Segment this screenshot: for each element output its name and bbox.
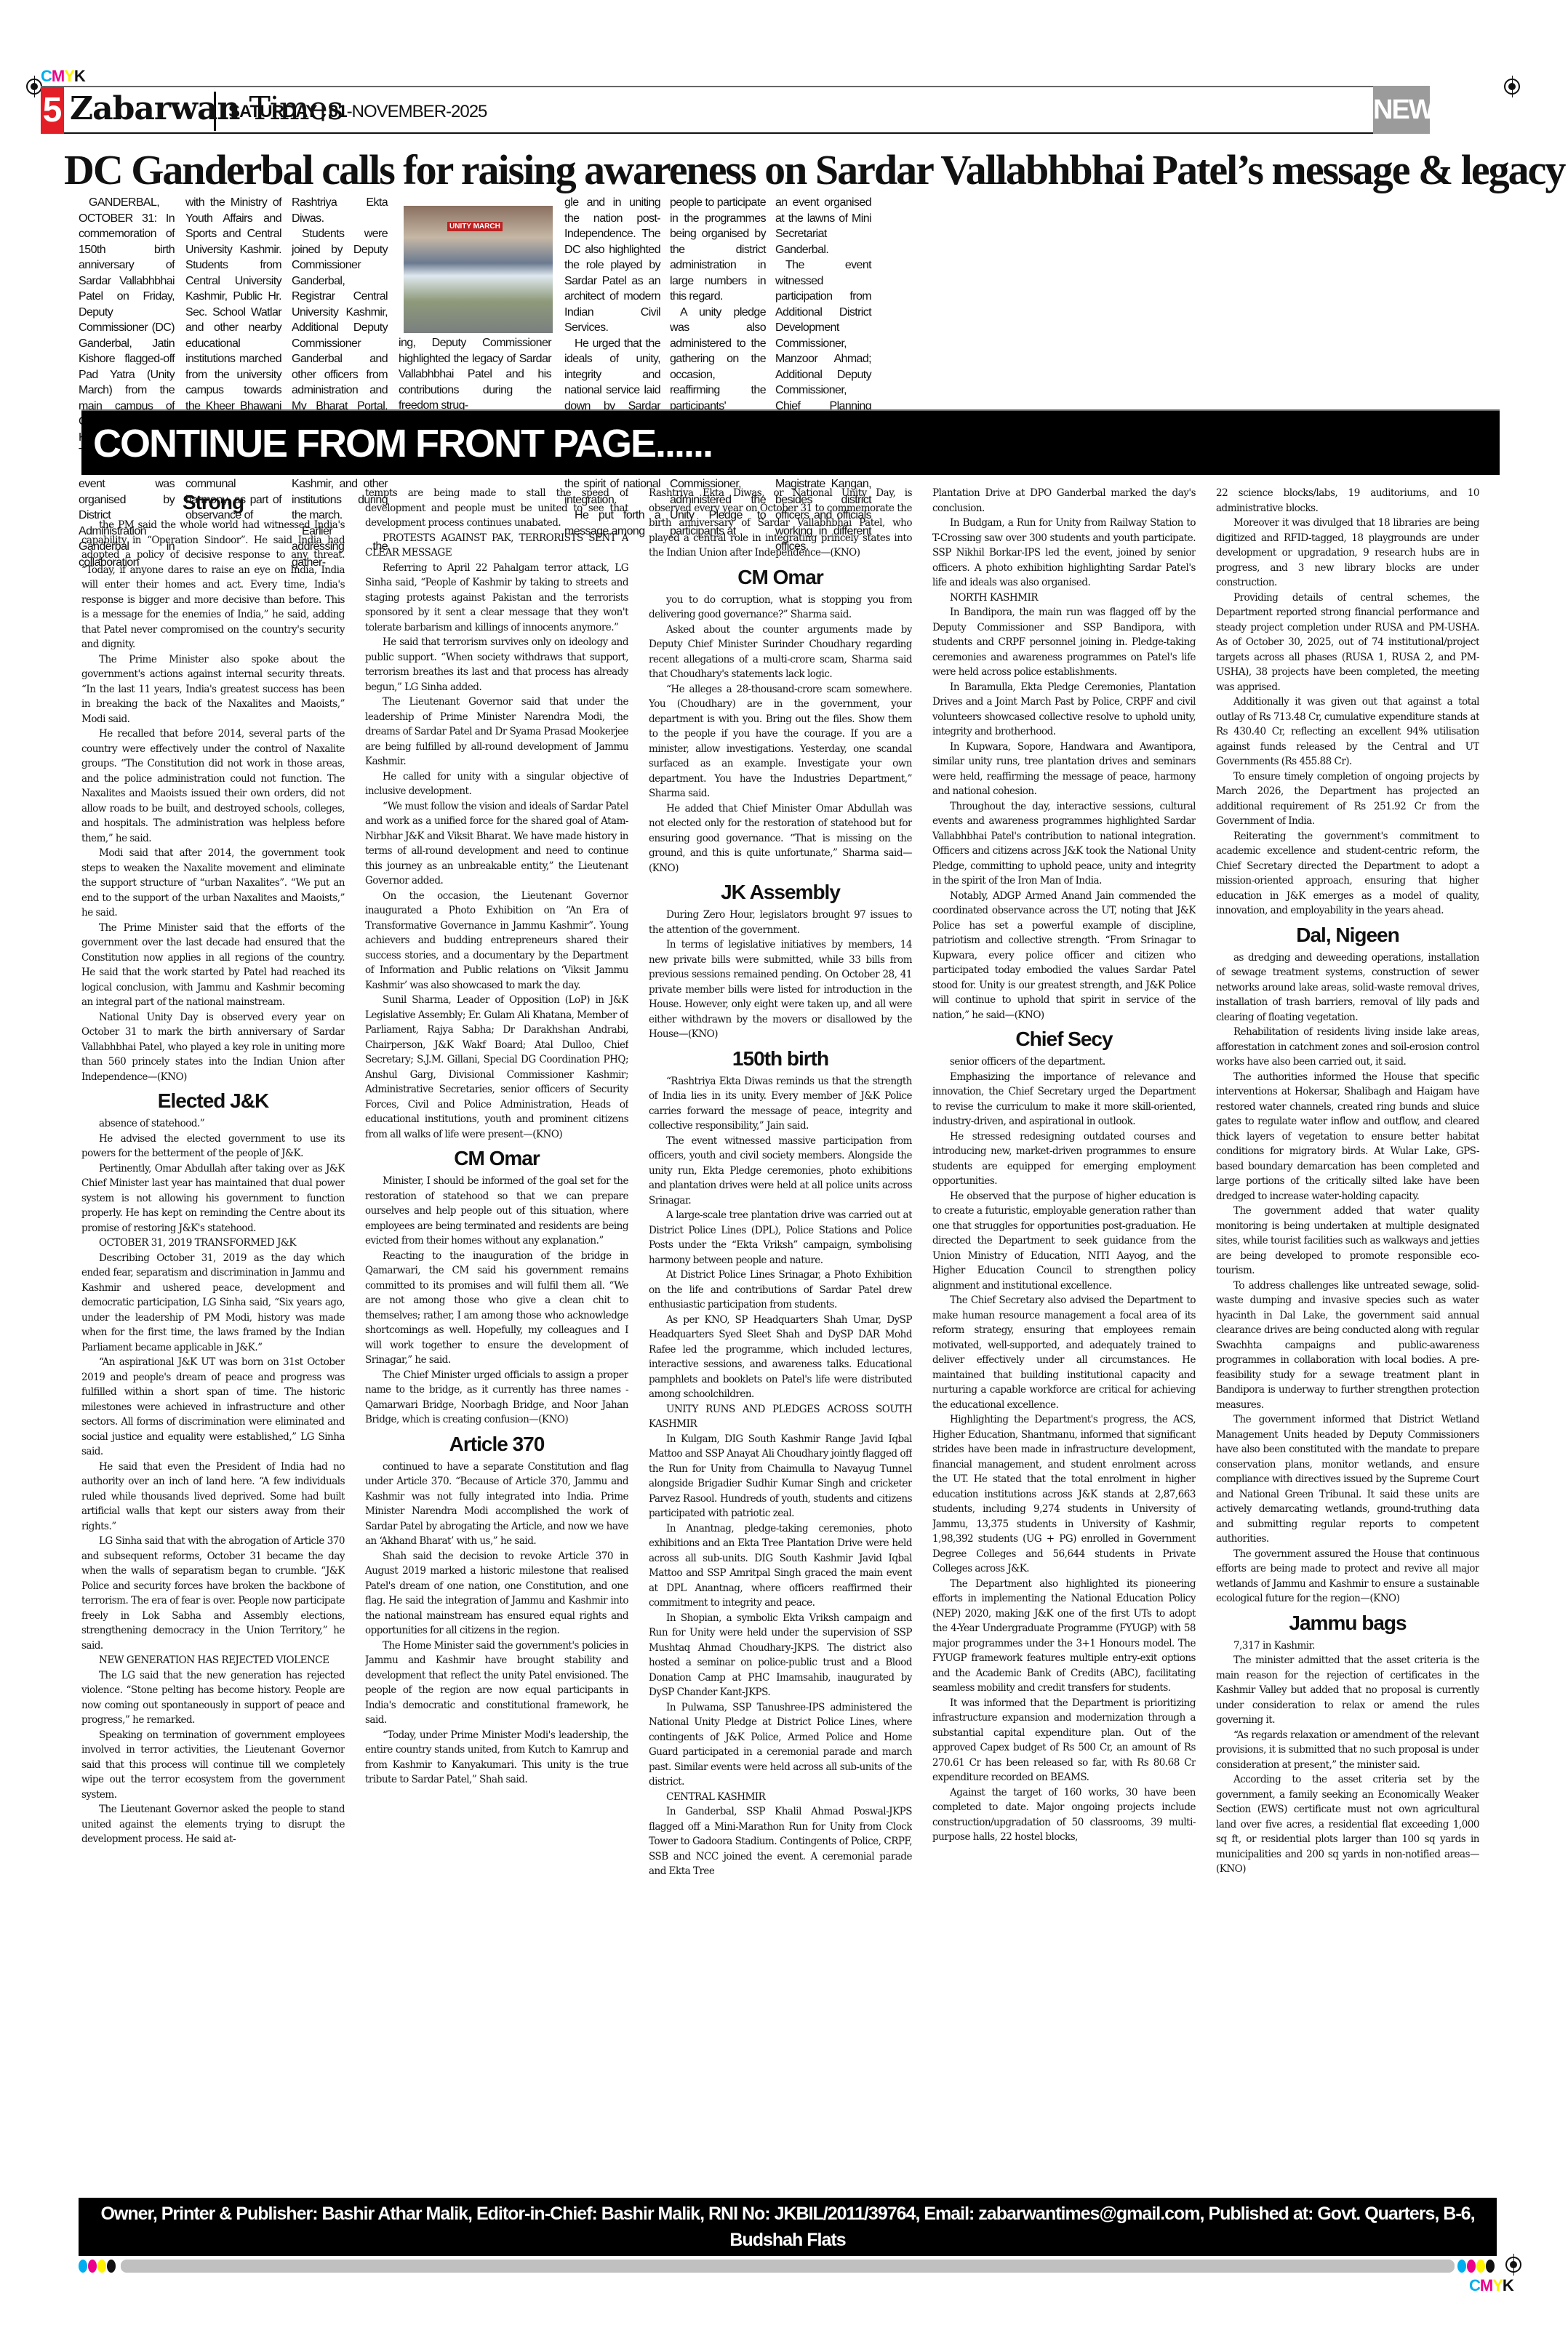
masthead: 5 Zabarwan Times SATURDAY | 01-NOVEMBER-… <box>41 86 1428 134</box>
yellow-dot-icon <box>1476 2260 1485 2273</box>
story-paragraph: To address challenges like untreated sew… <box>1216 1278 1479 1413</box>
continued-stories: Strongthe PM said the whole world had wi… <box>81 486 1478 2189</box>
black-dot-icon <box>1486 2260 1495 2273</box>
cmyk-label-bottom: CMYK <box>1469 2276 1513 2295</box>
yellow-dot-icon <box>97 2260 106 2273</box>
imprint-line-1: Owner, Printer & Publisher: Bashir Athar… <box>79 2201 1497 2253</box>
story-paragraph: Reiterating the government's commitment … <box>1216 829 1479 919</box>
imprint-footer: Owner, Printer & Publisher: Bashir Athar… <box>79 2198 1497 2256</box>
story-paragraph: As per KNO, SP Headquarters Shah Umar, D… <box>649 1313 912 1402</box>
story-paragraph: UNITY RUNS AND PLEDGES ACROSS SOUTH KASH… <box>649 1402 912 1432</box>
story-paragraph: It was informed that the Department is p… <box>932 1696 1196 1785</box>
story-paragraph: Pertinently, Omar Abdullah after taking … <box>81 1161 345 1236</box>
story-paragraph: “An aspirational J&K UT was born on 31st… <box>81 1355 345 1460</box>
story-subheading: CM Omar <box>365 1145 628 1172</box>
story-paragraph: In Kulgam, DIG South Kashmir Range Javid… <box>649 1432 912 1521</box>
story-column: tempts are being made to stall the speed… <box>365 486 628 2189</box>
story-paragraph: To ensure timely completion of ongoing p… <box>1216 769 1479 829</box>
story-paragraph: The government informed that District We… <box>1216 1412 1479 1547</box>
section-tag: NEWS <box>1373 86 1430 134</box>
story-paragraph: Reacting to the inauguration of the brid… <box>365 1249 628 1368</box>
registration-mark-icon <box>1504 79 1520 95</box>
story-paragraph: senior officers of the department. <box>932 1055 1196 1070</box>
story-paragraph: continued to have a separate Constitutio… <box>365 1460 628 1549</box>
story-paragraph: The event witnessed massive participatio… <box>649 1134 912 1209</box>
story-paragraph: Modi said that after 2014, the governmen… <box>81 846 345 921</box>
story-column: 22 science blocks/labs, 19 auditoriums, … <box>1216 486 1479 2189</box>
story-paragraph: In Kupwara, Sopore, Handwara and Awantip… <box>932 740 1196 799</box>
continue-from-front-page-banner: CONTINUE FROM FRONT PAGE...... <box>81 409 1500 475</box>
print-color-bar <box>79 2258 1497 2273</box>
cyan-dot-icon <box>79 2260 87 2273</box>
registration-mark-icon <box>1505 2257 1521 2273</box>
story-paragraph: The LG said that the new generation has … <box>81 1668 345 1728</box>
story-paragraph: PROTESTS AGAINST PAK, TERRORISTS SENT A … <box>365 531 628 561</box>
story-paragraph: Moreover it was divulged that 18 librari… <box>1216 516 1479 591</box>
story-paragraph: Throughout the day, interactive sessions… <box>932 799 1196 889</box>
story-paragraph: The Lieutenant Governor said that under … <box>365 695 628 769</box>
story-paragraph: He stressed redesigning outdated courses… <box>932 1129 1196 1189</box>
story-paragraph: as dredging and deweeding operations, in… <box>1216 951 1479 1025</box>
story-paragraph: Rehabilitation of residents living insid… <box>1216 1025 1479 1070</box>
story-paragraph: A large-scale tree plantation drive was … <box>649 1208 912 1268</box>
top-story-column: ing, Deputy Commissioner highlighted the… <box>399 335 551 414</box>
story-paragraph: On the occasion, the Lieutenant Governor… <box>365 889 628 993</box>
story-paragraph: Asked about the counter arguments made b… <box>649 623 912 682</box>
story-paragraph: CENTRAL KASHMIR <box>649 1790 912 1805</box>
story-paragraph: 7,317 in Kashmir. <box>1216 1638 1479 1654</box>
story-paragraph: The minister admitted that the asset cri… <box>1216 1653 1479 1728</box>
story-paragraph: “Today, under Prime Minister Modi's lead… <box>365 1728 628 1788</box>
story-paragraph: The Home Minister said the government's … <box>365 1638 628 1728</box>
story-paragraph: The authorities informed the House that … <box>1216 1070 1479 1204</box>
story-subheading: CM Omar <box>649 564 912 591</box>
magenta-dot-icon <box>88 2260 97 2273</box>
masthead-divider <box>214 92 216 131</box>
story-paragraph: Speaking on termination of government em… <box>81 1728 345 1803</box>
story-subheading: Dal, Nigeen <box>1216 921 1479 949</box>
cyan-dot-icon <box>1457 2260 1466 2273</box>
issue-date: SATURDAY | 01-NOVEMBER-2025 <box>228 102 487 122</box>
unity-march-photo: UNITY MARCH <box>404 206 553 333</box>
story-column: Rashtriya Ekta Diwas, or National Unity … <box>649 486 912 2189</box>
story-paragraph: The government added that water quality … <box>1216 1204 1479 1278</box>
story-column: Strongthe PM said the whole world had wi… <box>81 486 345 2189</box>
story-paragraph: Emphasizing the importance of relevance … <box>932 1070 1196 1129</box>
story-paragraph: In Shopian, a symbolic Ekta Vriksh campa… <box>649 1611 912 1700</box>
story-paragraph: In Bandipora, the main run was flagged o… <box>932 605 1196 680</box>
black-dot-icon <box>107 2260 116 2273</box>
top-story: GANDERBAL, OCTOBER 31: In commemoration … <box>79 195 1453 369</box>
story-subheading: JK Assembly <box>649 879 912 906</box>
story-paragraph: In Anantnag, pledge-taking ceremonies, p… <box>649 1521 912 1611</box>
story-column: Plantation Drive at DPO Ganderbal marked… <box>932 486 1196 2189</box>
story-paragraph: During Zero Hour, legislators brought 97… <box>649 908 912 937</box>
story-paragraph: OCTOBER 31, 2019 TRANSFORMED J&K <box>81 1236 345 1251</box>
story-subheading: Jammu bags <box>1216 1609 1479 1637</box>
story-subheading: 150th birth <box>649 1045 912 1073</box>
story-paragraph: LG Sinha said that with the abrogation o… <box>81 1534 345 1653</box>
story-paragraph: National Unity Day is observed every yea… <box>81 1010 345 1085</box>
story-subheading: Chief Secy <box>932 1025 1196 1053</box>
story-paragraph: He advised the elected government to use… <box>81 1132 345 1161</box>
story-paragraph: Plantation Drive at DPO Ganderbal marked… <box>932 486 1196 516</box>
story-paragraph: Notably, ADGP Armed Anand Jain commended… <box>932 889 1196 1023</box>
story-paragraph: Shah said the decision to revoke Article… <box>365 1549 628 1638</box>
story-paragraph: Providing details of central schemes, th… <box>1216 591 1479 695</box>
story-paragraph: 22 science blocks/labs, 19 auditoriums, … <box>1216 486 1479 516</box>
story-paragraph: The Prime Minister also spoke about the … <box>81 652 345 727</box>
story-paragraph: “Rashtriya Ekta Diwas reminds us that th… <box>649 1074 912 1134</box>
story-paragraph: In Ganderbal, SSP Khalil Ahmad Poswal-JK… <box>649 1804 912 1879</box>
story-paragraph: Describing October 31, 2019 as the day w… <box>81 1251 345 1356</box>
story-paragraph: He observed that the purpose of higher e… <box>932 1189 1196 1294</box>
story-paragraph: Minister, I should be informed of the go… <box>365 1174 628 1249</box>
page-headline: DC Ganderbal calls for raising awareness… <box>64 145 1446 194</box>
story-paragraph: Highlighting the Department's progress, … <box>932 1412 1196 1577</box>
story-paragraph: Rashtriya Ekta Diwas, or National Unity … <box>649 486 912 561</box>
story-paragraph: At District Police Lines Srinagar, a Pho… <box>649 1268 912 1313</box>
registration-mark-icon <box>26 79 42 95</box>
story-paragraph: NORTH KASHMIR <box>932 591 1196 606</box>
magenta-dot-icon <box>1467 2260 1476 2273</box>
story-paragraph: The Lieutenant Governor asked the people… <box>81 1802 345 1847</box>
story-paragraph: The Department also highlighted its pion… <box>932 1577 1196 1696</box>
story-paragraph: He said that even the President of India… <box>81 1460 345 1534</box>
story-paragraph: The government assured the House that co… <box>1216 1547 1479 1606</box>
story-subheading: Elected J&K <box>81 1087 345 1115</box>
story-paragraph: The Chief Minister urged officials to as… <box>365 1368 628 1428</box>
story-paragraph: tempts are being made to stall the speed… <box>365 486 628 531</box>
story-paragraph: Referring to April 22 Pahalgam terror at… <box>365 561 628 636</box>
story-paragraph: He said that terrorism survives only on … <box>365 635 628 695</box>
story-paragraph: Sunil Sharma, Leader of Opposition (LoP)… <box>365 993 628 1142</box>
gray-density-bar <box>121 2260 1455 2273</box>
story-paragraph: “He alleges a 28-thousand-crore scam som… <box>649 682 912 801</box>
story-paragraph: Against the target of 160 works, 30 have… <box>932 1785 1196 1845</box>
photo-banner-text: UNITY MARCH <box>447 222 503 231</box>
story-subheading: Article 370 <box>365 1430 628 1458</box>
story-subheading: Strong <box>81 489 345 516</box>
story-paragraph: NEW GENERATION HAS REJECTED VIOLENCE <box>81 1653 345 1668</box>
story-paragraph: In Pulwama, SSP Tanushree-IPS administer… <box>649 1700 912 1790</box>
story-paragraph: “We must follow the vision and ideals of… <box>365 799 628 889</box>
story-paragraph: He recalled that before 2014, several pa… <box>81 727 345 846</box>
story-paragraph: Additionally it was given out that again… <box>1216 695 1479 769</box>
story-paragraph: In Baramulla, Ekta Pledge Ceremonies, Pl… <box>932 680 1196 740</box>
story-paragraph: The Chief Secretary also advised the Dep… <box>932 1293 1196 1412</box>
story-paragraph: According to the asset criteria set by t… <box>1216 1772 1479 1877</box>
story-paragraph: the PM said the whole world had witnesse… <box>81 518 345 652</box>
story-paragraph: In Budgam, a Run for Unity from Railway … <box>932 516 1196 591</box>
story-paragraph: The Prime Minister said that the efforts… <box>81 921 345 1010</box>
page-number: 5 <box>41 87 64 134</box>
story-paragraph: absence of statehood.” <box>81 1116 345 1132</box>
story-paragraph: In terms of legislative initiatives by m… <box>649 937 912 1042</box>
story-paragraph: you to do corruption, what is stopping y… <box>649 593 912 623</box>
cmyk-label-top: CMYK <box>41 67 85 86</box>
story-paragraph: He called for unity with a singular obje… <box>365 769 628 799</box>
story-paragraph: “As regards relaxation or amendment of t… <box>1216 1728 1479 1773</box>
story-paragraph: He added that Chief Minister Omar Abdull… <box>649 801 912 876</box>
